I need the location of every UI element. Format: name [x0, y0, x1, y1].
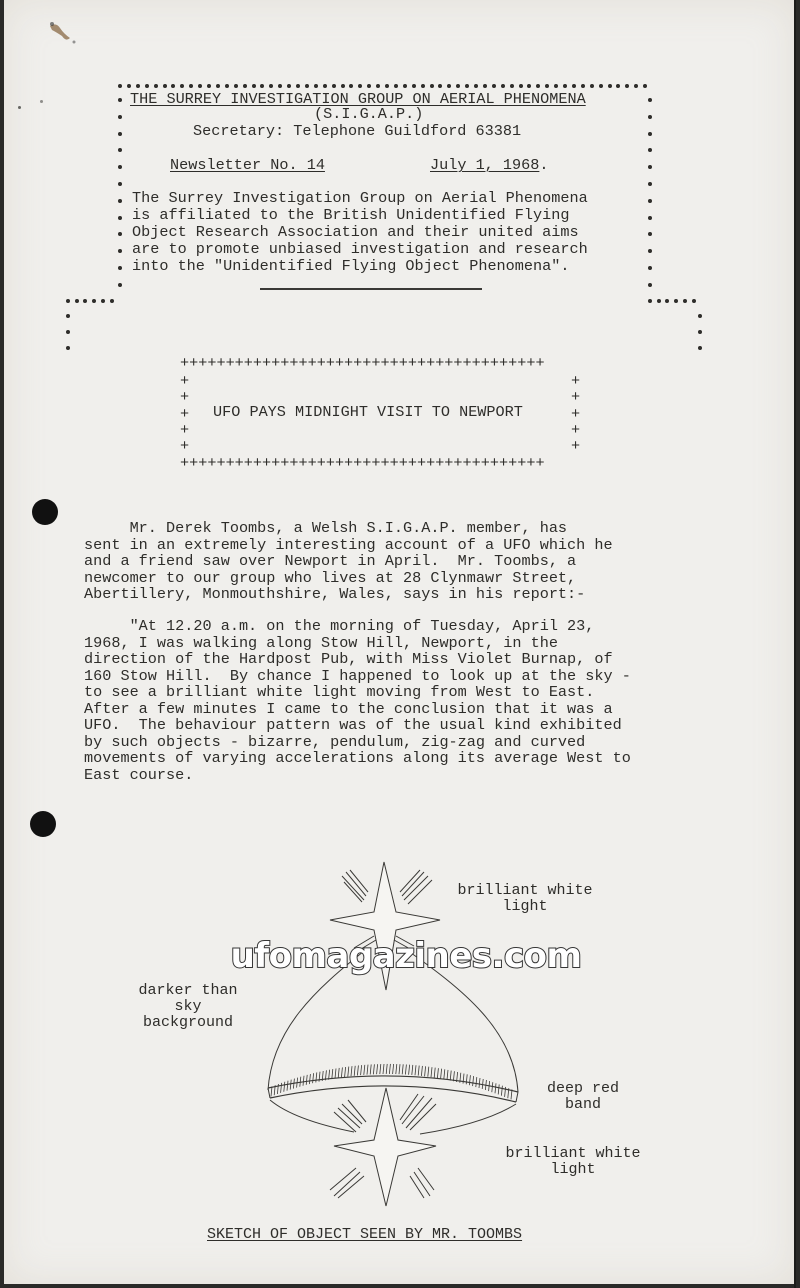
label-red-band: deep red band — [538, 1081, 628, 1113]
label-bottom-light: brilliant white light — [488, 1146, 658, 1178]
page-edge — [794, 0, 796, 1288]
label-top-light: brilliant white light — [440, 883, 610, 915]
ufo-sketch — [4, 0, 794, 1284]
newsletter-page: THE SURREY INVESTIGATION GROUP ON AERIAL… — [4, 0, 794, 1284]
watermark: ufomagazines.com — [226, 936, 586, 976]
label-dome-body: darker than sky background — [128, 983, 248, 1031]
sketch-caption: SKETCH OF OBJECT SEEN BY MR. TOOMBS — [207, 1227, 522, 1243]
star-light-icon — [330, 1088, 436, 1206]
